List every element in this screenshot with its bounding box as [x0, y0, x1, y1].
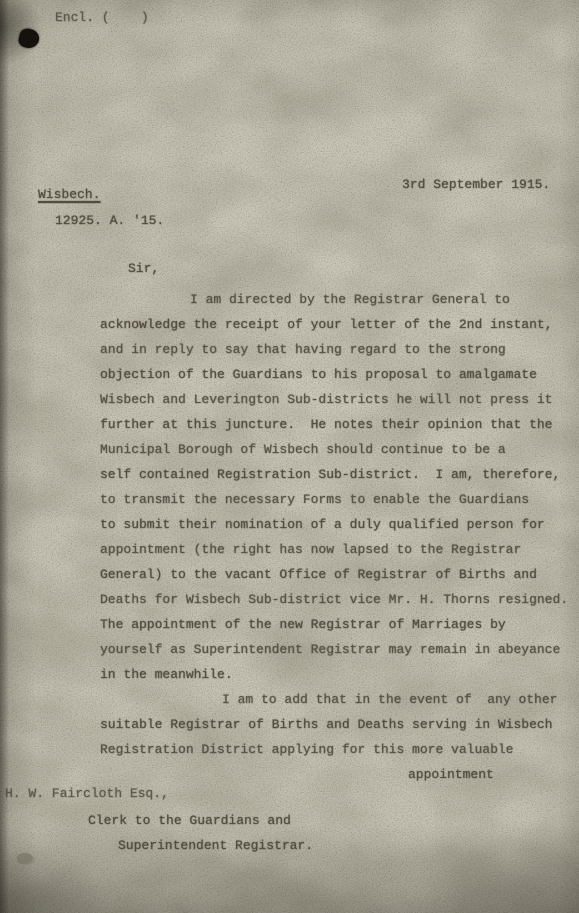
letter-line: self contained Registration Sub-district… — [100, 462, 575, 487]
place-heading: Wisbech. — [38, 187, 100, 202]
letter-line: in the meanwhile. — [100, 662, 575, 687]
addressee-title-line-1: Clerk to the Guardians and — [88, 813, 291, 828]
letter-body: I am directed by the Registrar General t… — [100, 287, 575, 787]
letter-line: General) to the vacant Office of Registr… — [100, 562, 575, 587]
letter-line: yourself as Superintendent Registrar may… — [100, 637, 575, 662]
letter-line: Deaths for Wisbech Sub-district vice Mr.… — [100, 587, 575, 612]
letter-line: further at this juncture. He notes their… — [100, 412, 575, 437]
ink-blot — [17, 27, 41, 50]
catchword: appointment — [100, 762, 575, 787]
letter-line: to submit their nomination of a duly qua… — [100, 512, 575, 537]
pencil-mark — [16, 852, 33, 865]
letter-line: acknowledge the receipt of your letter o… — [100, 312, 575, 337]
letter-line: Municipal Borough of Wisbech should cont… — [100, 437, 575, 462]
letter-line: to transmit the necessary Forms to enabl… — [100, 487, 575, 512]
letter-line: Wisbech and Leverington Sub-districts he… — [100, 387, 575, 412]
letter-line: I am to add that in the event of any oth… — [100, 687, 575, 712]
letter-line: objection of the Guardians to his propos… — [100, 362, 575, 387]
letter-line: and in reply to say that having regard t… — [100, 337, 575, 362]
letter-page: Encl. ( ) 3rd September 1915. Wisbech. 1… — [0, 0, 579, 913]
salutation: Sir, — [128, 261, 159, 276]
addressee-title-line-2: Superintendent Registrar. — [118, 838, 313, 853]
letter-line: Registration District applying for this … — [100, 737, 575, 762]
reference-number: 12925. A. '15. — [55, 213, 164, 228]
enclosure-note: Encl. ( ) — [55, 10, 149, 25]
addressee-name: H. W. Faircloth Esq., — [5, 786, 169, 801]
letter-line: The appointment of the new Registrar of … — [100, 612, 575, 637]
letter-line: appointment (the right has now lapsed to… — [100, 537, 575, 562]
letter-line: I am directed by the Registrar General t… — [100, 287, 575, 312]
letter-date: 3rd September 1915. — [402, 177, 550, 192]
letter-line: suitable Registrar of Births and Deaths … — [100, 712, 575, 737]
